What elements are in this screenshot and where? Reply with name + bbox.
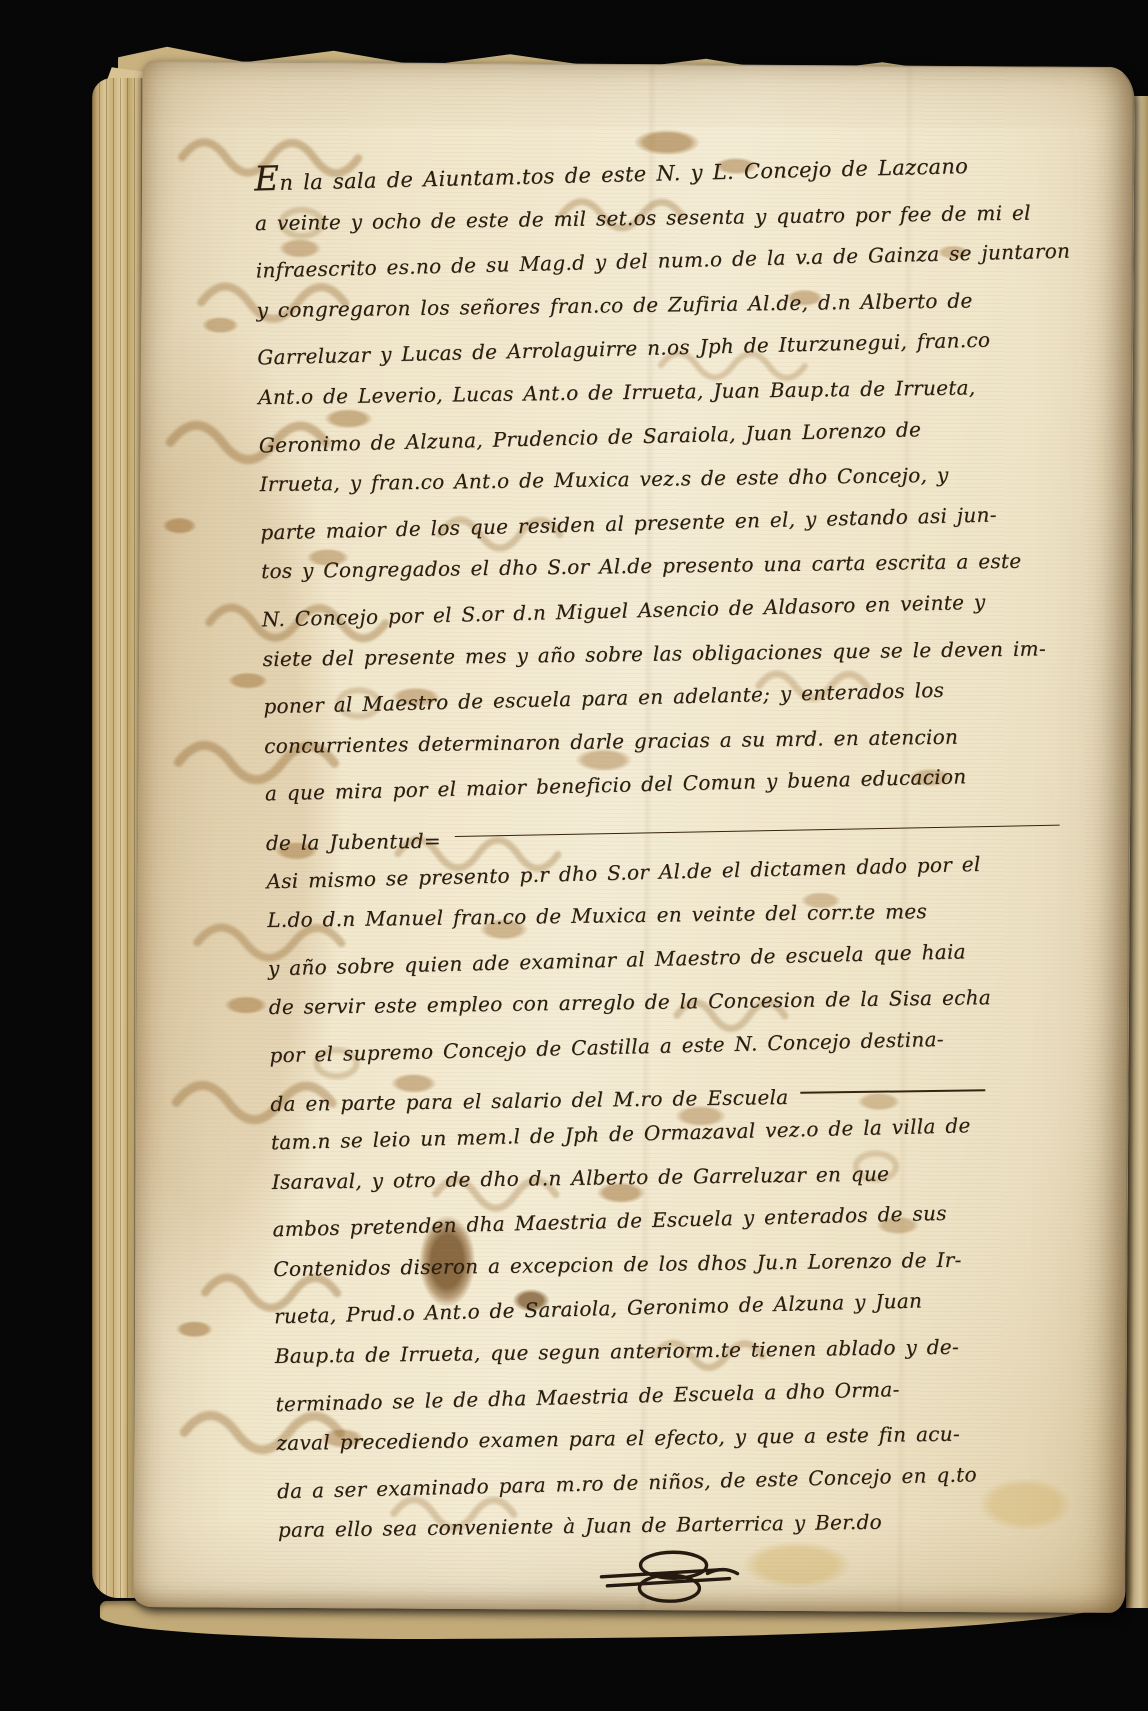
manuscript-line-text: de la Jubentud=	[266, 828, 441, 854]
section-divider-rule	[455, 825, 1060, 837]
manuscript-text-block: En la sala de Aiuntam.tos de este N. y L…	[254, 155, 1078, 1564]
photographed-manuscript-scan: En la sala de Aiuntam.tos de este N. y L…	[0, 0, 1148, 1711]
manuscript-page: En la sala de Aiuntam.tos de este N. y L…	[133, 61, 1134, 1613]
line-filler-dash	[800, 1090, 985, 1095]
manuscript-line-text: da en parte para el salario del M.ro de …	[270, 1085, 788, 1116]
scribal-rubric-icon	[595, 1543, 745, 1613]
